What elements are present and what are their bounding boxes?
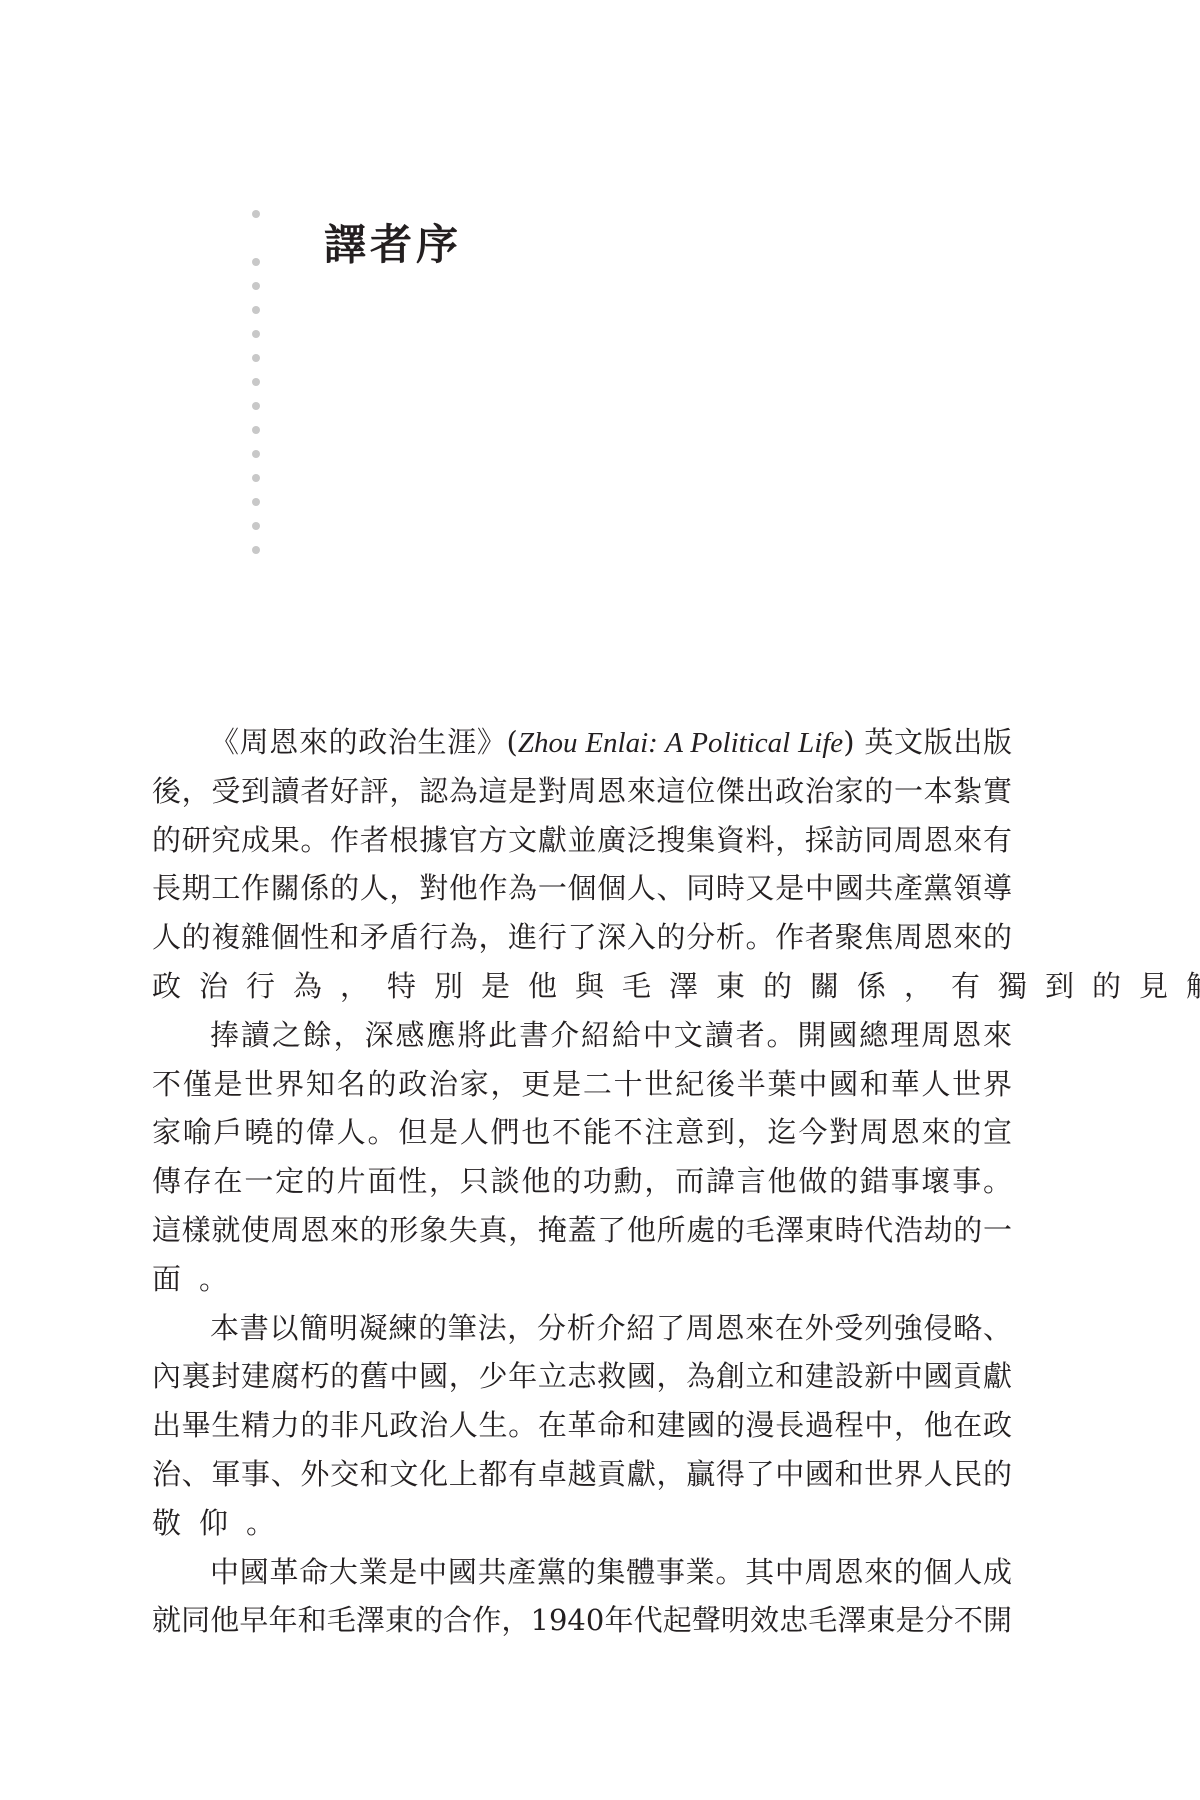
text-run: ) 英文版出版 xyxy=(843,725,1012,759)
dotted-rule xyxy=(252,0,262,600)
text-line: 本書以簡明凝練的筆法，分析介紹了周恩來在外受列強侵略、 xyxy=(152,1304,1012,1353)
text-line: 面。 xyxy=(152,1255,1012,1304)
text-line: 政治行為，特別是他與毛澤東的關係，有獨到的見解。 xyxy=(152,962,1012,1011)
text-line: 中國革命大業是中國共產黨的集體事業。其中周恩來的個人成 xyxy=(152,1548,1012,1597)
dot-icon xyxy=(252,426,260,434)
book-title-english: Zhou Enlai: A Political Life xyxy=(518,727,843,759)
text-line: 內裏封建腐朽的舊中國，少年立志救國，為創立和建設新中國貢獻 xyxy=(152,1352,1012,1401)
page-title: 譯者序 xyxy=(324,224,462,266)
dot-icon xyxy=(252,498,260,506)
text-line: 就同他早年和毛澤東的合作，1940年代起聲明效忠毛澤東是分不開 xyxy=(152,1596,1012,1645)
body-text: 《周恩來的政治生涯》(Zhou Enlai: A Political Life)… xyxy=(152,718,1012,1645)
dot-icon xyxy=(252,450,260,458)
text-line: 《周恩來的政治生涯》(Zhou Enlai: A Political Life)… xyxy=(152,718,1012,767)
text-line: 出畢生精力的非凡政治人生。在革命和建國的漫長過程中，他在政 xyxy=(152,1401,1012,1450)
dot-icon xyxy=(252,330,260,338)
text-line: 長期工作關係的人，對他作為一個個人、同時又是中國共產黨領導 xyxy=(152,864,1012,913)
text-line: 家喻戶曉的偉人。但是人們也不能不注意到，迄今對周恩來的宣 xyxy=(152,1108,1012,1157)
text-line: 後，受到讀者好評，認為這是對周恩來這位傑出政治家的一本紮實 xyxy=(152,767,1012,816)
dot-icon xyxy=(252,282,260,290)
text-line: 捧讀之餘，深感應將此書介紹給中文讀者。開國總理周恩來 xyxy=(152,1011,1012,1060)
dot-icon xyxy=(252,306,260,314)
text-line: 傳存在一定的片面性，只談他的功勳，而諱言他做的錯事壞事。 xyxy=(152,1157,1012,1206)
text-line: 人的複雜個性和矛盾行為，進行了深入的分析。作者聚焦周恩來的 xyxy=(152,913,1012,962)
dot-icon xyxy=(252,378,260,386)
dot-icon xyxy=(252,402,260,410)
dot-icon xyxy=(252,210,260,218)
text-line: 敬仰。 xyxy=(152,1499,1012,1548)
dot-icon xyxy=(252,522,260,530)
text-line: 這樣就使周恩來的形象失真，掩蓋了他所處的毛澤東時代浩劫的一 xyxy=(152,1206,1012,1255)
text-line: 的研究成果。作者根據官方文獻並廣泛搜集資料，採訪同周恩來有 xyxy=(152,816,1012,865)
dot-icon xyxy=(252,258,260,266)
text-line: 治、軍事、外交和文化上都有卓越貢獻，贏得了中國和世界人民的 xyxy=(152,1450,1012,1499)
text-run: 《周恩來的政治生涯》( xyxy=(210,725,518,759)
text-line: 不僅是世界知名的政治家，更是二十世紀後半葉中國和華人世界 xyxy=(152,1060,1012,1109)
dot-icon xyxy=(252,474,260,482)
dot-icon xyxy=(252,354,260,362)
dot-icon xyxy=(252,546,260,554)
